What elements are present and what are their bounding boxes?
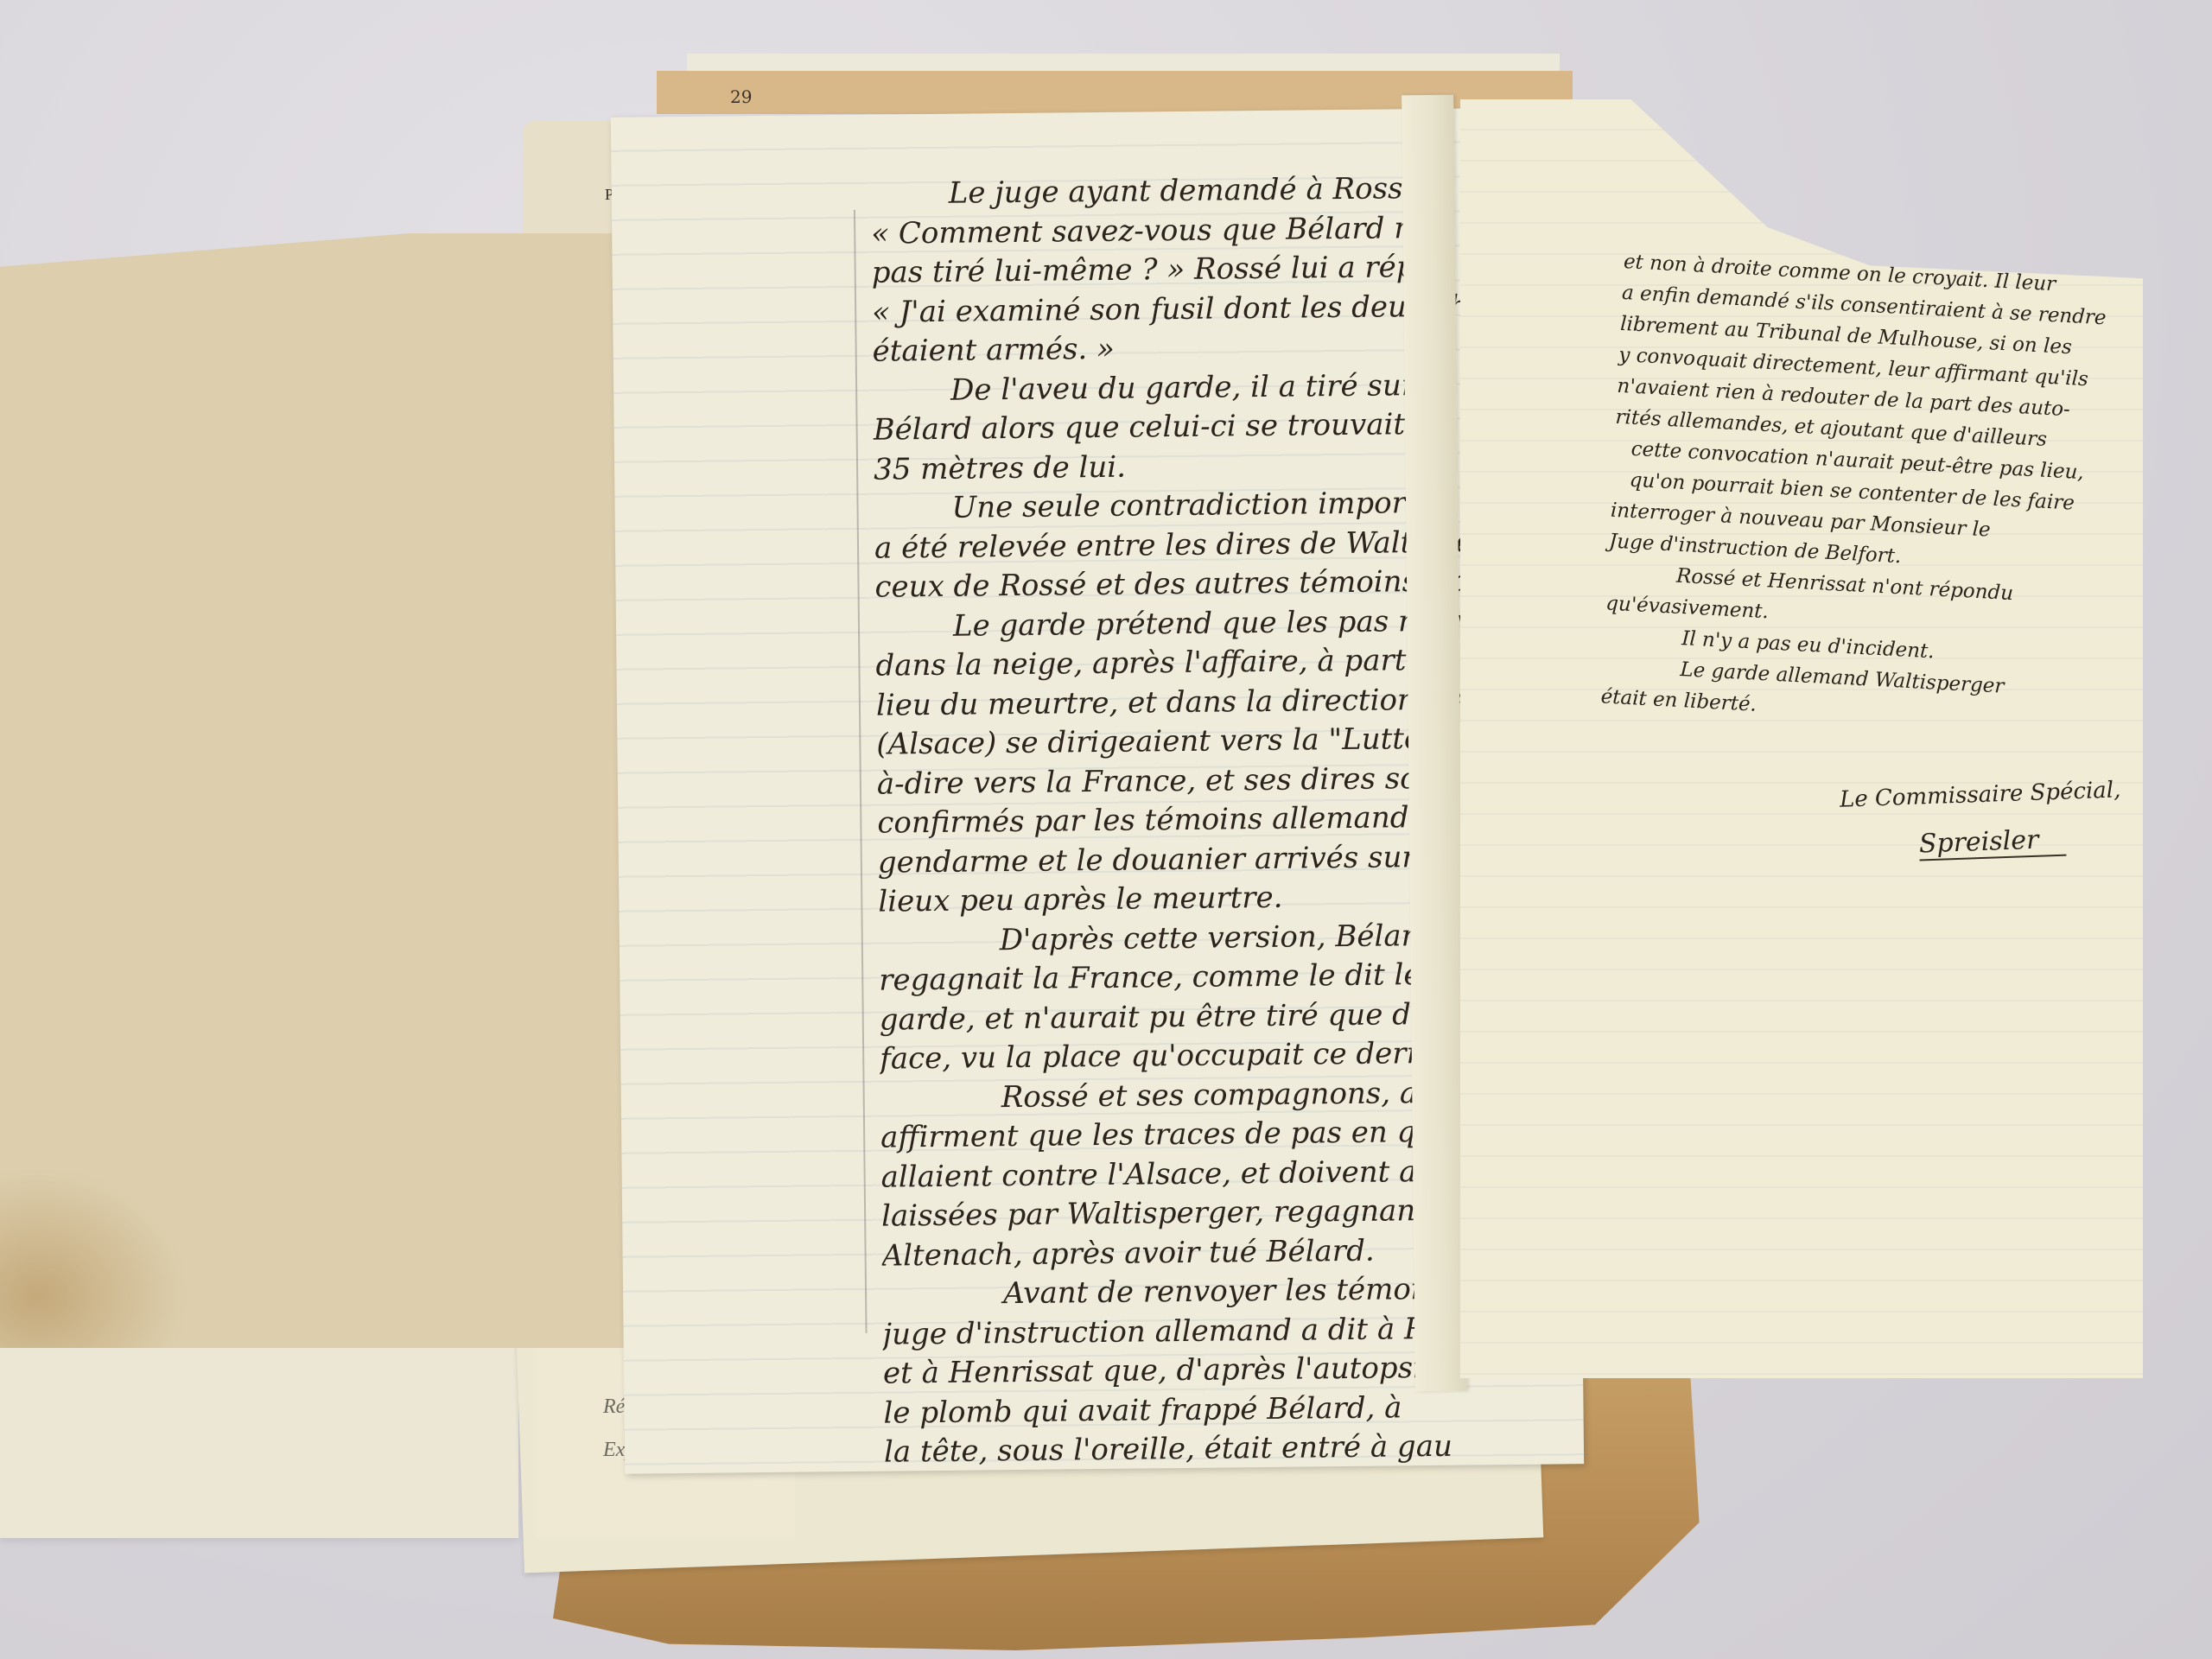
- document-scene: 29 PR Rédigé pa Expédié p Le juge ayant …: [0, 0, 2212, 1659]
- margin-line: [854, 210, 868, 1333]
- signature: Spreisler: [1918, 824, 2066, 861]
- page-number: 29: [730, 86, 752, 107]
- right-page-text: et non à droite comme on le croyait. Il …: [1600, 246, 2107, 738]
- folder-cover-flap[interactable]: [0, 233, 683, 1348]
- signature-block: Le Commissaire Spécial, Spreisler: [1840, 777, 2123, 863]
- text-line: la tête, sous l'oreille, était entré à g…: [884, 1426, 1575, 1472]
